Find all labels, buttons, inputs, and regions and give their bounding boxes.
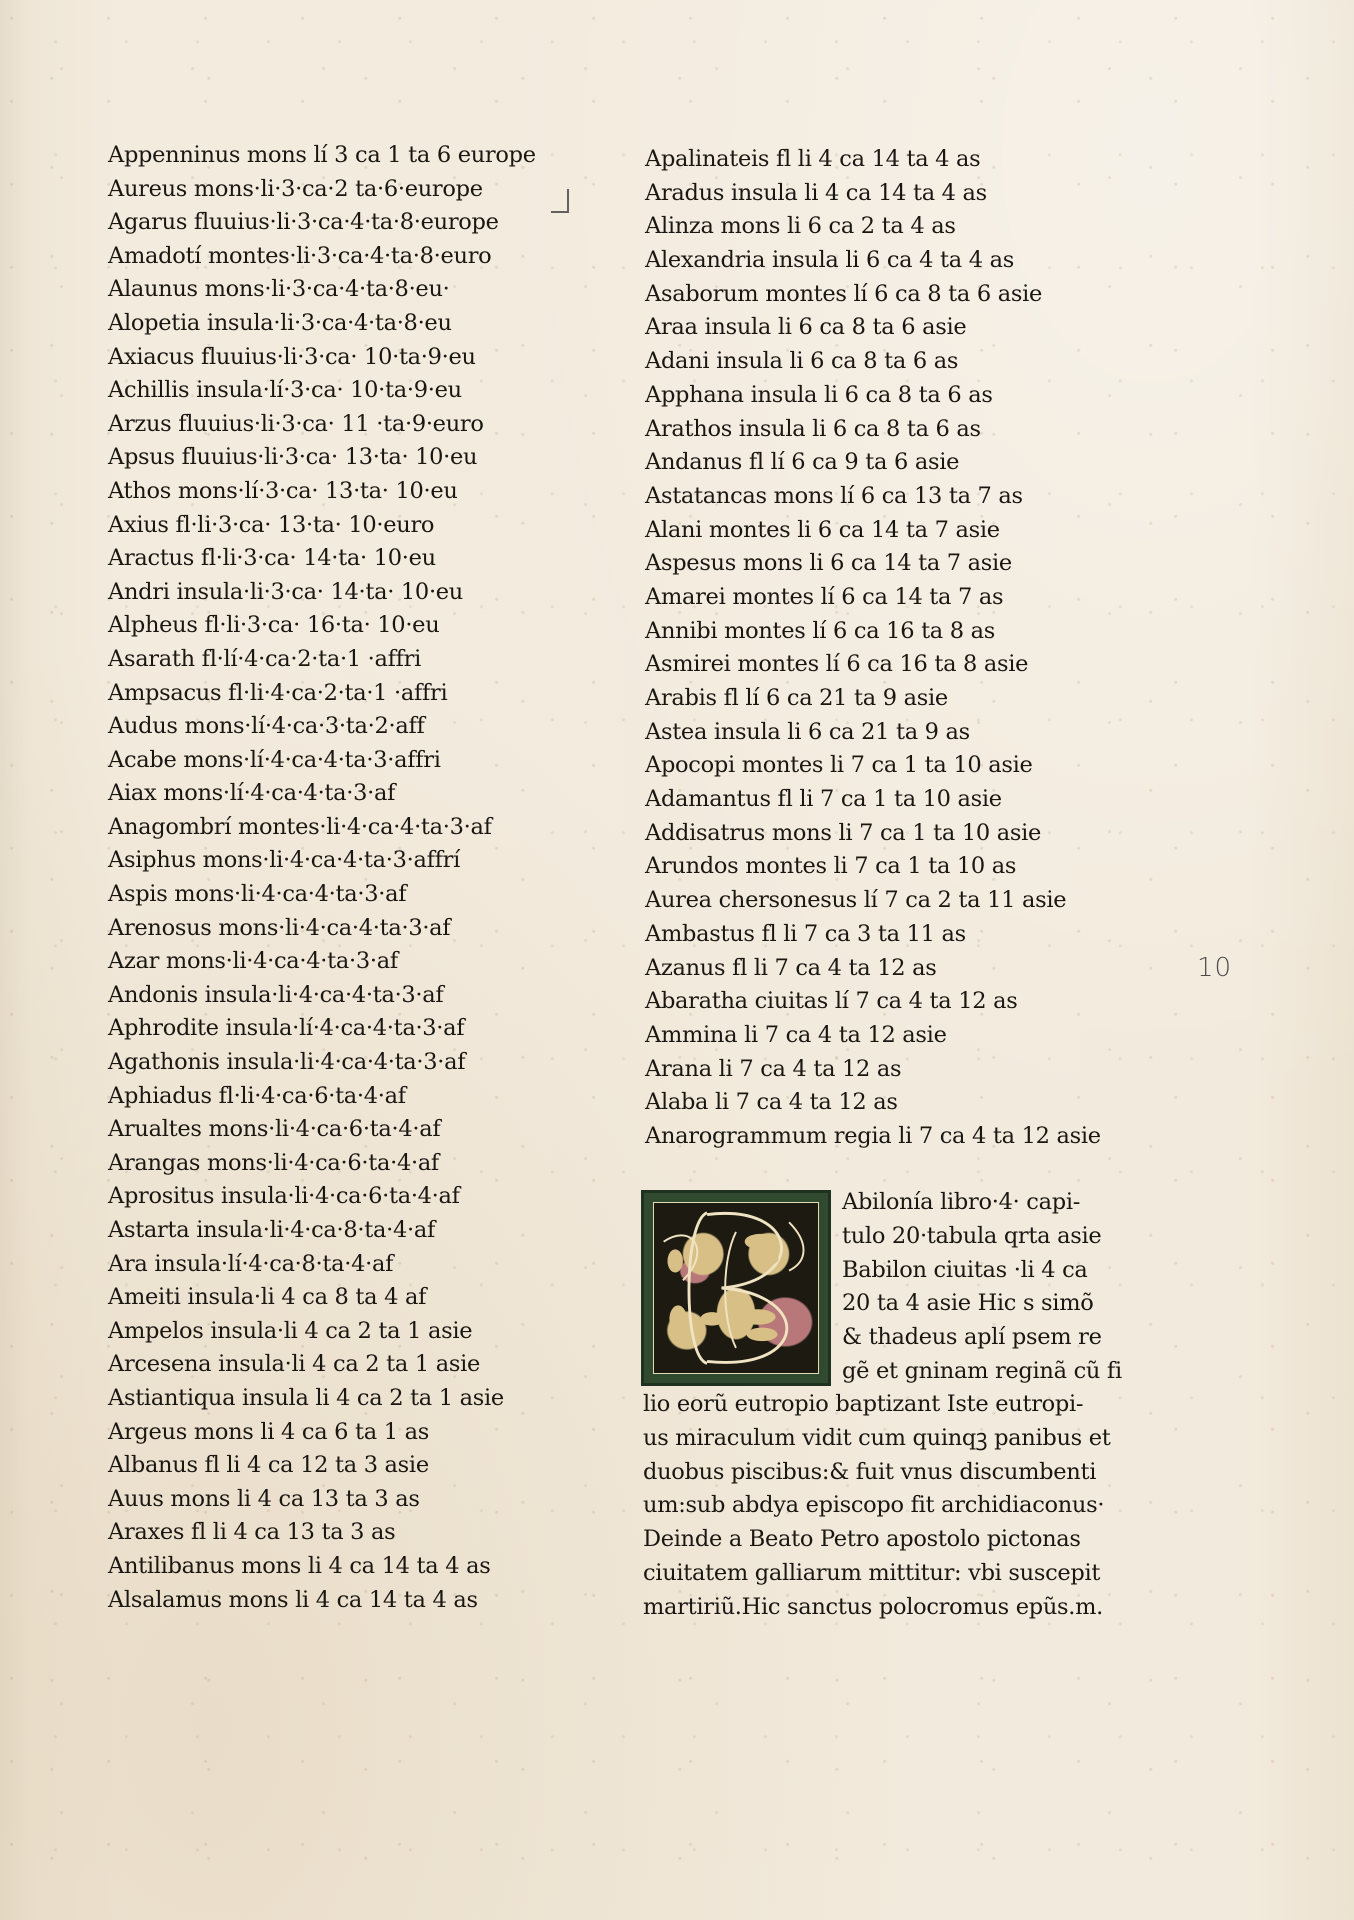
index-entry: Arenosus mons·li·4·ca·4·ta·3·af (108, 912, 578, 946)
index-entry: Asaborum montes lí 6 ca 8 ta 6 asie (645, 278, 1115, 312)
text-line: Abilonía libro·4· capi- (842, 1186, 1114, 1220)
decorated-initial-b (641, 1190, 831, 1386)
index-entry: Ampelos insula·li 4 ca 2 ta 1 asie (108, 1315, 578, 1349)
letter-b-icon (654, 1203, 818, 1373)
text-line: ciuitatem galliarum mittitur: vbi suscep… (643, 1557, 1113, 1591)
text-line: lio eorũ eutropio baptizant Iste eutropi… (643, 1388, 1113, 1422)
text-line: duobus piscibus:& fuit vnus discumbenti (643, 1456, 1113, 1490)
index-entry: Alopetia insula·li·3·ca·4·ta·8·eu (108, 307, 578, 341)
index-entry: Alsalamus mons li 4 ca 14 ta 4 as (108, 1584, 578, 1618)
index-entry: Athos mons·lí·3·ca· 13·ta· 10·eu (108, 475, 578, 509)
index-entry: Aspesus mons li 6 ca 14 ta 7 asie (645, 547, 1115, 581)
index-entry: Apsus fluuius·li·3·ca· 13·ta· 10·eu (108, 441, 578, 475)
index-entry: Aurea chersonesus lí 7 ca 2 ta 11 asie (645, 884, 1115, 918)
index-entry: Audus mons·lí·4·ca·3·ta·2·aff (108, 710, 578, 744)
index-entry: Astea insula li 6 ca 21 ta 9 as (645, 716, 1115, 750)
index-entry: Apphana insula li 6 ca 8 ta 6 as (645, 379, 1115, 413)
index-entry: Anagombrí montes·li·4·ca·4·ta·3·af (108, 811, 578, 845)
index-entry: Arualtes mons·li·4·ca·6·ta·4·af (108, 1113, 578, 1147)
index-entry: Arzus fluuius·li·3·ca· 11 ·ta·9·euro (108, 408, 578, 442)
index-entry: Adamantus fl li 7 ca 1 ta 10 asie (645, 783, 1115, 817)
index-entry: Azar mons·li·4·ca·4·ta·3·af (108, 945, 578, 979)
index-entry: Ameiti insula·li 4 ca 8 ta 4 af (108, 1281, 578, 1315)
index-entry: Arangas mons·li·4·ca·6·ta·4·af (108, 1147, 578, 1181)
text-line: gẽ et gninam reginã cũ fi (842, 1355, 1114, 1389)
index-entry: Aprositus insula·li·4·ca·6·ta·4·af (108, 1180, 578, 1214)
index-entry: Ampsacus fl·li·4·ca·2·ta·1 ·affri (108, 677, 578, 711)
text-line: & thadeus aplí psem re (842, 1321, 1114, 1355)
index-entry: Amadotí montes·li·3·ca·4·ta·8·euro (108, 240, 578, 274)
pencil-folio-number: 10 (1197, 953, 1232, 983)
index-entry: Andri insula·li·3·ca· 14·ta· 10·eu (108, 576, 578, 610)
index-entry: Amarei montes lí 6 ca 14 ta 7 as (645, 581, 1115, 615)
index-entry: Asarath fl·lí·4·ca·2·ta·1 ·affri (108, 643, 578, 677)
text-line: Babilon ciuitas ·li 4 ca (842, 1254, 1114, 1288)
index-entry: Alaba li 7 ca 4 ta 12 as (645, 1086, 1115, 1120)
index-entry: Anarogrammum regia li 7 ca 4 ta 12 asie (645, 1120, 1115, 1154)
index-entry: Auus mons li 4 ca 13 ta 3 as (108, 1483, 578, 1517)
index-entry: Aractus fl·li·3·ca· 14·ta· 10·eu (108, 542, 578, 576)
index-entry: Ara insula·lí·4·ca·8·ta·4·af (108, 1248, 578, 1282)
index-entry: Apalinateis fl li 4 ca 14 ta 4 as (645, 143, 1115, 177)
index-entry: Aiax mons·lí·4·ca·4·ta·3·af (108, 777, 578, 811)
text-line: um:sub abdya episcopo fit archidiaconus· (643, 1489, 1113, 1523)
index-entry: Annibi montes lí 6 ca 16 ta 8 as (645, 615, 1115, 649)
foliage-ornament-icon (653, 1202, 819, 1374)
index-entry: Arathos insula li 6 ca 8 ta 6 as (645, 413, 1115, 447)
index-entry: Axiacus fluuius·li·3·ca· 10·ta·9·eu (108, 341, 578, 375)
index-entry: Ambastus fl li 7 ca 3 ta 11 as (645, 918, 1115, 952)
index-entry: Asiphus mons·li·4·ca·4·ta·3·affrí (108, 844, 578, 878)
index-entry: Andanus fl lí 6 ca 9 ta 6 asie (645, 446, 1115, 480)
index-entry: Asmirei montes lí 6 ca 16 ta 8 asie (645, 648, 1115, 682)
index-entry: Ammina li 7 ca 4 ta 12 asie (645, 1019, 1115, 1053)
index-entry: Argeus mons li 4 ca 6 ta 1 as (108, 1416, 578, 1450)
index-entry: Araxes fl li 4 ca 13 ta 3 as (108, 1516, 578, 1550)
index-entry: Achillis insula·lí·3·ca· 10·ta·9·eu (108, 374, 578, 408)
index-entry: Astiantiqua insula li 4 ca 2 ta 1 asie (108, 1382, 578, 1416)
index-entry: Aphrodite insula·lí·4·ca·4·ta·3·af (108, 1012, 578, 1046)
text-line: 20 ta 4 asie Hic s simõ (842, 1287, 1114, 1321)
left-column-index: Appenninus mons lí 3 ca 1 ta 6 europe Au… (108, 139, 578, 1617)
index-entry: Azanus fl li 7 ca 4 ta 12 as (645, 952, 1115, 986)
index-entry: Axius fl·li·3·ca· 13·ta· 10·euro (108, 509, 578, 543)
index-entry: Antilibanus mons li 4 ca 14 ta 4 as (108, 1550, 578, 1584)
text-line: us miraculum vidit cum quinqꝫ panibus et (643, 1422, 1113, 1456)
index-entry: Aradus insula li 4 ca 14 ta 4 as (645, 177, 1115, 211)
index-entry: Aphiadus fl·li·4·ca·6·ta·4·af (108, 1080, 578, 1114)
index-entry: Alpheus fl·li·3·ca· 16·ta· 10·eu (108, 609, 578, 643)
text-line: martiriũ.Hic sanctus polocromus epũs.m. (643, 1591, 1113, 1625)
right-column-index: Apalinateis fl li 4 ca 14 ta 4 as Aradus… (645, 143, 1115, 1154)
index-entry: Adani insula li 6 ca 8 ta 6 as (645, 345, 1115, 379)
index-entry: Abaratha ciuitas lí 7 ca 4 ta 12 as (645, 985, 1115, 1019)
index-entry: Astarta insula·li·4·ca·8·ta·4·af (108, 1214, 578, 1248)
index-entry: Apocopi montes li 7 ca 1 ta 10 asie (645, 749, 1115, 783)
book-page: Appenninus mons lí 3 ca 1 ta 6 europe Au… (0, 0, 1354, 1920)
babilonia-entry-wrapped: Abilonía libro·4· capi- tulo 20·tabula q… (842, 1186, 1114, 1389)
index-entry: Aspis mons·li·4·ca·4·ta·3·af (108, 878, 578, 912)
index-entry: Astatancas mons lí 6 ca 13 ta 7 as (645, 480, 1115, 514)
index-entry: Alaunus mons·li·3·ca·4·ta·8·eu· (108, 273, 578, 307)
index-entry: Andonis insula·li·4·ca·4·ta·3·af (108, 979, 578, 1013)
index-entry: Agarus fluuius·li·3·ca·4·ta·8·europe (108, 206, 578, 240)
index-entry: Albanus fl li 4 ca 12 ta 3 asie (108, 1449, 578, 1483)
index-entry: Acabe mons·lí·4·ca·4·ta·3·affri (108, 744, 578, 778)
index-entry: Alexandria insula li 6 ca 4 ta 4 as (645, 244, 1115, 278)
index-entry: Araa insula li 6 ca 8 ta 6 asie (645, 311, 1115, 345)
index-entry: Alani montes li 6 ca 14 ta 7 asie (645, 514, 1115, 548)
index-entry: Aureus mons·li·3·ca·2 ta·6·europe (108, 173, 578, 207)
index-entry: Agathonis insula·li·4·ca·4·ta·3·af (108, 1046, 578, 1080)
babilonia-entry-body: lio eorũ eutropio baptizant Iste eutropi… (643, 1388, 1113, 1625)
index-entry: Alinza mons li 6 ca 2 ta 4 as (645, 210, 1115, 244)
index-entry: Arana li 7 ca 4 ta 12 as (645, 1053, 1115, 1087)
index-entry: Appenninus mons lí 3 ca 1 ta 6 europe (108, 139, 578, 173)
text-line: tulo 20·tabula qrta asie (842, 1220, 1114, 1254)
index-entry: Arabis fl lí 6 ca 21 ta 9 asie (645, 682, 1115, 716)
index-entry: Arundos montes li 7 ca 1 ta 10 as (645, 850, 1115, 884)
text-line: Deinde a Beato Petro apostolo pictonas (643, 1523, 1113, 1557)
index-entry: Arcesena insula·li 4 ca 2 ta 1 asie (108, 1348, 578, 1382)
index-entry: Addisatrus mons li 7 ca 1 ta 10 asie (645, 817, 1115, 851)
